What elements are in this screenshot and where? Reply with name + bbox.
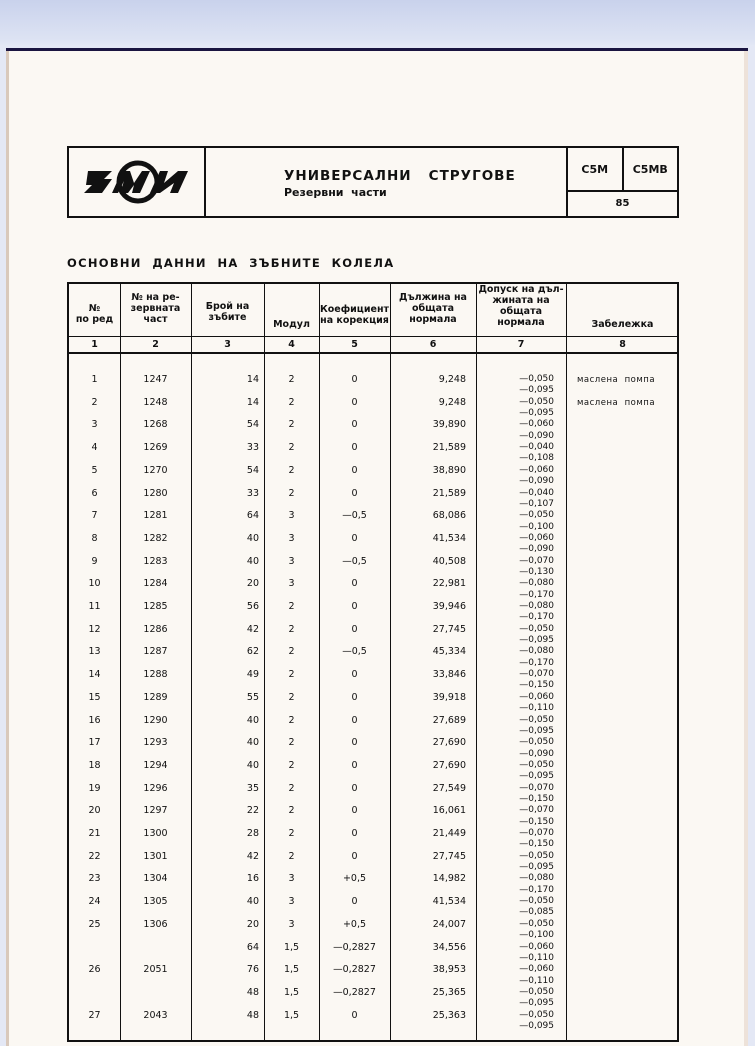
normal-length: 27,745 [390, 624, 466, 636]
col-number-5: 5 [319, 337, 390, 352]
normal-length: 25,363 [390, 1010, 466, 1022]
correction-coefficient: 0 [319, 624, 390, 636]
teeth-count: 14 [191, 374, 259, 386]
part-number: 1270 [120, 465, 191, 477]
correction-coefficient: 0 [319, 715, 390, 727]
module: 2 [264, 646, 319, 658]
part-number: 1290 [120, 715, 191, 727]
model-row: С5М С5МВ [568, 148, 677, 192]
col-number-4: 4 [264, 337, 319, 352]
module: 3 [264, 919, 319, 931]
header-label: № на ре- зервната част [131, 292, 181, 325]
tolerance-lower: —0,170 [476, 658, 554, 669]
tolerance-lower: —0,170 [476, 612, 554, 623]
module: 1,5 [264, 1010, 319, 1022]
page-number: 85 [568, 198, 677, 209]
module: 2 [264, 737, 319, 749]
module: 2 [264, 669, 319, 681]
module: 2 [264, 419, 319, 431]
teeth-count: 40 [191, 533, 259, 545]
teeth-count: 16 [191, 873, 259, 885]
module: 3 [264, 556, 319, 568]
section-title: ОСНОВНИ ДАННИ НА ЗЪБНИТЕ КОЛЕЛА [67, 256, 394, 270]
row-number: 13 [69, 646, 120, 658]
logo-cell [69, 148, 206, 216]
correction-coefficient: 0 [319, 601, 390, 613]
row-number: 23 [69, 873, 120, 885]
correction-coefficient: 0 [319, 442, 390, 454]
part-number: 1286 [120, 624, 191, 636]
gear-data-table: № по ред № на ре- зервната част Брой на … [67, 282, 679, 1042]
part-number: 1289 [120, 692, 191, 704]
part-number: 1248 [120, 397, 191, 409]
module: 2 [264, 624, 319, 636]
header-col-1: № по ред [69, 284, 120, 336]
correction-coefficient: +0,5 [319, 919, 390, 931]
correction-coefficient: 0 [319, 760, 390, 772]
correction-coefficient: 0 [319, 374, 390, 386]
module: 2 [264, 760, 319, 772]
row-number: 21 [69, 828, 120, 840]
module: 3 [264, 533, 319, 545]
normal-length: 41,534 [390, 896, 466, 908]
normal-length: 27,745 [390, 851, 466, 863]
part-number: 1297 [120, 805, 191, 817]
teeth-count: 40 [191, 737, 259, 749]
tolerance-upper: —0,070 [476, 828, 554, 839]
part-number: 1293 [120, 737, 191, 749]
tolerance-lower: —0,130 [476, 567, 554, 578]
model-c5mv: С5МВ [624, 148, 678, 190]
teeth-count: 40 [191, 715, 259, 727]
tolerance-lower: —0,170 [476, 590, 554, 601]
row-number: 19 [69, 783, 120, 795]
module: 2 [264, 488, 319, 500]
row-number: 20 [69, 805, 120, 817]
teeth-count: 64 [191, 942, 259, 954]
header-label: № по ред [76, 303, 113, 325]
part-number: 1268 [120, 419, 191, 431]
tolerance-lower: —0,090 [476, 749, 554, 760]
module: 3 [264, 578, 319, 590]
correction-coefficient: 0 [319, 828, 390, 840]
header-label: Коефициент на корекция [320, 304, 389, 326]
row-number: 27 [69, 1010, 120, 1022]
tolerance-upper: —0,050 [476, 624, 554, 635]
row-number [69, 942, 120, 954]
correction-coefficient: —0,5 [319, 510, 390, 522]
tolerance-upper: —0,050 [476, 1010, 554, 1021]
normal-length: 9,248 [390, 397, 466, 409]
teeth-count: 48 [191, 987, 259, 999]
tolerance-lower: —0,110 [476, 953, 554, 964]
teeth-count: 42 [191, 851, 259, 863]
tolerance-lower: —0,150 [476, 839, 554, 850]
tolerance-upper: —0,060 [476, 419, 554, 430]
correction-coefficient: 0 [319, 578, 390, 590]
part-number: 1280 [120, 488, 191, 500]
header-col-3: Брой на зъбите [191, 284, 264, 336]
tolerance-lower: —0,095 [476, 771, 554, 782]
teeth-count: 54 [191, 465, 259, 477]
tolerance-lower: —0,107 [476, 499, 554, 510]
tolerance-upper: —0,070 [476, 669, 554, 680]
model-cell: С5М С5МВ 85 [568, 148, 677, 216]
tolerance-upper: —0,060 [476, 942, 554, 953]
correction-coefficient: 0 [319, 533, 390, 545]
part-number [120, 987, 191, 999]
module: 1,5 [264, 942, 319, 954]
module: 2 [264, 851, 319, 863]
normal-length: 34,556 [390, 942, 466, 954]
tolerance-lower: —0,095 [476, 635, 554, 646]
teeth-count: 62 [191, 646, 259, 658]
part-number: 1269 [120, 442, 191, 454]
col-number-7: 7 [476, 337, 566, 352]
header-col-6: Дължина на общата нормала [390, 284, 476, 336]
row-number: 9 [69, 556, 120, 568]
tolerance-lower: —0,095 [476, 1021, 554, 1032]
module: 2 [264, 601, 319, 613]
part-number: 2051 [120, 964, 191, 976]
row-number: 8 [69, 533, 120, 545]
correction-coefficient: 0 [319, 465, 390, 477]
normal-length: 27,549 [390, 783, 466, 795]
teeth-count: 20 [191, 578, 259, 590]
normal-length: 21,589 [390, 442, 466, 454]
row-number: 22 [69, 851, 120, 863]
row-number: 24 [69, 896, 120, 908]
tolerance-upper: —0,080 [476, 601, 554, 612]
tolerance-upper: —0,060 [476, 465, 554, 476]
part-number: 1305 [120, 896, 191, 908]
tolerance-upper: —0,050 [476, 510, 554, 521]
tolerance-upper: —0,070 [476, 556, 554, 567]
part-number: 1301 [120, 851, 191, 863]
correction-coefficient: 0 [319, 805, 390, 817]
row-number: 15 [69, 692, 120, 704]
module: 2 [264, 692, 319, 704]
correction-coefficient: 0 [319, 783, 390, 795]
correction-coefficient: 0 [319, 669, 390, 681]
normal-length: 45,334 [390, 646, 466, 658]
part-number: 1247 [120, 374, 191, 386]
document-header: УНИВЕРСАЛНИ СТРУГОВЕ Резервни части С5М … [67, 146, 679, 218]
header-label: Дължина на общата нормала [399, 292, 467, 325]
teeth-count: 40 [191, 760, 259, 772]
module: 2 [264, 783, 319, 795]
teeth-count: 55 [191, 692, 259, 704]
part-number: 1281 [120, 510, 191, 522]
normal-length: 38,953 [390, 964, 466, 976]
tolerance-upper: —0,050 [476, 374, 554, 385]
module: 2 [264, 374, 319, 386]
tolerance-upper: —0,050 [476, 397, 554, 408]
part-number: 2043 [120, 1010, 191, 1022]
module: 2 [264, 828, 319, 840]
normal-length: 24,007 [390, 919, 466, 931]
correction-coefficient: 0 [319, 692, 390, 704]
correction-coefficient: 0 [319, 488, 390, 500]
tolerance-upper: —0,070 [476, 805, 554, 816]
normal-length: 25,365 [390, 987, 466, 999]
tolerance-upper: —0,040 [476, 488, 554, 499]
correction-coefficient: —0,2827 [319, 964, 390, 976]
tolerance-lower: —0,095 [476, 862, 554, 873]
normal-length: 39,890 [390, 419, 466, 431]
tolerance-lower: —0,095 [476, 726, 554, 737]
module: 2 [264, 397, 319, 409]
correction-coefficient: 0 [319, 397, 390, 409]
normal-length: 41,534 [390, 533, 466, 545]
module: 3 [264, 510, 319, 522]
module: 1,5 [264, 987, 319, 999]
row-number: 1 [69, 374, 120, 386]
correction-coefficient: —0,2827 [319, 942, 390, 954]
part-number: 1288 [120, 669, 191, 681]
header-label: Допуск на дъл- жината на общата нормала [478, 284, 563, 328]
part-number [120, 942, 191, 954]
row-number: 7 [69, 510, 120, 522]
row-number: 3 [69, 419, 120, 431]
module: 2 [264, 465, 319, 477]
part-number: 1283 [120, 556, 191, 568]
tolerance-upper: —0,070 [476, 783, 554, 794]
module: 3 [264, 896, 319, 908]
part-number: 1306 [120, 919, 191, 931]
tolerance-lower: —0,150 [476, 794, 554, 805]
tolerance-upper: —0,050 [476, 919, 554, 930]
tolerance-lower: —0,170 [476, 885, 554, 896]
part-number: 1300 [120, 828, 191, 840]
part-number: 1282 [120, 533, 191, 545]
header-col-2: № на ре- зервната част [120, 284, 191, 336]
row-number: 10 [69, 578, 120, 590]
teeth-count: 28 [191, 828, 259, 840]
module: 2 [264, 805, 319, 817]
normal-length: 68,086 [390, 510, 466, 522]
module: 3 [264, 873, 319, 885]
tolerance-lower: —0,110 [476, 703, 554, 714]
title-cell: УНИВЕРСАЛНИ СТРУГОВЕ Резервни части [206, 148, 568, 216]
row-number: 18 [69, 760, 120, 772]
tolerance-lower: —0,100 [476, 522, 554, 533]
tolerance-lower: —0,090 [476, 476, 554, 487]
tolerance-upper: —0,060 [476, 692, 554, 703]
row-number: 12 [69, 624, 120, 636]
normal-length: 27,690 [390, 760, 466, 772]
col-divider [566, 284, 567, 1040]
normal-length: 21,589 [390, 488, 466, 500]
correction-coefficient: 0 [319, 419, 390, 431]
row-number [69, 987, 120, 999]
tolerance-lower: —0,108 [476, 453, 554, 464]
teeth-count: 54 [191, 419, 259, 431]
tolerance-lower: —0,095 [476, 385, 554, 396]
module: 2 [264, 442, 319, 454]
normal-length: 9,248 [390, 374, 466, 386]
row-number: 26 [69, 964, 120, 976]
teeth-count: 48 [191, 1010, 259, 1022]
teeth-count: 22 [191, 805, 259, 817]
tolerance-lower: —0,095 [476, 408, 554, 419]
col-number-6: 6 [390, 337, 476, 352]
normal-length: 16,061 [390, 805, 466, 817]
normal-length: 22,981 [390, 578, 466, 590]
tolerance-lower: —0,095 [476, 998, 554, 1009]
correction-coefficient: 0 [319, 851, 390, 863]
row-number: 6 [69, 488, 120, 500]
tolerance-lower: —0,100 [476, 930, 554, 941]
normal-length: 14,982 [390, 873, 466, 885]
tolerance-lower: —0,110 [476, 976, 554, 987]
header-label: Забележка [592, 319, 654, 330]
tolerance-lower: —0,090 [476, 544, 554, 555]
numbering-divider [69, 352, 677, 354]
tolerance-upper: —0,050 [476, 715, 554, 726]
tolerance-upper: —0,050 [476, 987, 554, 998]
document-subtitle: Резервни части [284, 186, 387, 199]
tolerance-upper: —0,080 [476, 873, 554, 884]
correction-coefficient: 0 [319, 1010, 390, 1022]
remark: маслена помпа [577, 375, 655, 385]
row-number: 16 [69, 715, 120, 727]
tolerance-upper: —0,060 [476, 533, 554, 544]
row-number: 14 [69, 669, 120, 681]
teeth-count: 40 [191, 896, 259, 908]
tolerance-upper: —0,080 [476, 578, 554, 589]
col-number-3: 3 [191, 337, 264, 352]
tolerance-lower: —0,090 [476, 431, 554, 442]
teeth-count: 40 [191, 556, 259, 568]
part-number: 1285 [120, 601, 191, 613]
module: 2 [264, 715, 319, 727]
tolerance-upper: —0,050 [476, 760, 554, 771]
normal-length: 38,890 [390, 465, 466, 477]
teeth-count: 42 [191, 624, 259, 636]
tolerance-lower: —0,150 [476, 817, 554, 828]
row-number: 4 [69, 442, 120, 454]
col-number-2: 2 [120, 337, 191, 352]
header-label: Модул [273, 319, 310, 330]
tolerance-upper: —0,060 [476, 964, 554, 975]
header-col-5: Коефициент на корекция [319, 284, 390, 336]
teeth-count: 35 [191, 783, 259, 795]
part-number: 1287 [120, 646, 191, 658]
tolerance-lower: —0,150 [476, 680, 554, 691]
normal-length: 39,918 [390, 692, 466, 704]
tolerance-upper: —0,050 [476, 737, 554, 748]
teeth-count: 33 [191, 442, 259, 454]
correction-coefficient: —0,5 [319, 556, 390, 568]
teeth-count: 64 [191, 510, 259, 522]
document-title: УНИВЕРСАЛНИ СТРУГОВЕ [284, 168, 516, 184]
row-number: 17 [69, 737, 120, 749]
row-number: 5 [69, 465, 120, 477]
teeth-count: 20 [191, 919, 259, 931]
teeth-count: 14 [191, 397, 259, 409]
normal-length: 21,449 [390, 828, 466, 840]
model-c5m: С5М [568, 148, 624, 190]
part-number: 1294 [120, 760, 191, 772]
teeth-count: 76 [191, 964, 259, 976]
teeth-count: 33 [191, 488, 259, 500]
header-col-4: Модул [264, 284, 319, 336]
tolerance-upper: —0,080 [476, 646, 554, 657]
tolerance-upper: —0,050 [476, 896, 554, 907]
correction-coefficient: +0,5 [319, 873, 390, 885]
zmi-logo-icon [82, 159, 192, 205]
row-number: 25 [69, 919, 120, 931]
header-label: Брой на зъбите [206, 301, 250, 323]
row-number: 2 [69, 397, 120, 409]
correction-coefficient: 0 [319, 737, 390, 749]
tolerance-upper: —0,040 [476, 442, 554, 453]
teeth-count: 49 [191, 669, 259, 681]
part-number: 1304 [120, 873, 191, 885]
remark: маслена помпа [577, 398, 655, 408]
col-number-8: 8 [566, 337, 679, 352]
correction-coefficient: 0 [319, 896, 390, 908]
correction-coefficient: —0,2827 [319, 987, 390, 999]
module: 1,5 [264, 964, 319, 976]
normal-length: 27,690 [390, 737, 466, 749]
col-number-1: 1 [69, 337, 120, 352]
normal-length: 39,946 [390, 601, 466, 613]
correction-coefficient: —0,5 [319, 646, 390, 658]
normal-length: 27,689 [390, 715, 466, 727]
header-col-8: Забележка [566, 284, 679, 336]
part-number: 1284 [120, 578, 191, 590]
part-number: 1296 [120, 783, 191, 795]
tolerance-upper: —0,050 [476, 851, 554, 862]
teeth-count: 56 [191, 601, 259, 613]
row-number: 11 [69, 601, 120, 613]
normal-length: 33,846 [390, 669, 466, 681]
header-col-7: Допуск на дъл- жината на общата нормала [476, 284, 566, 336]
normal-length: 40,508 [390, 556, 466, 568]
tolerance-lower: —0,085 [476, 907, 554, 918]
